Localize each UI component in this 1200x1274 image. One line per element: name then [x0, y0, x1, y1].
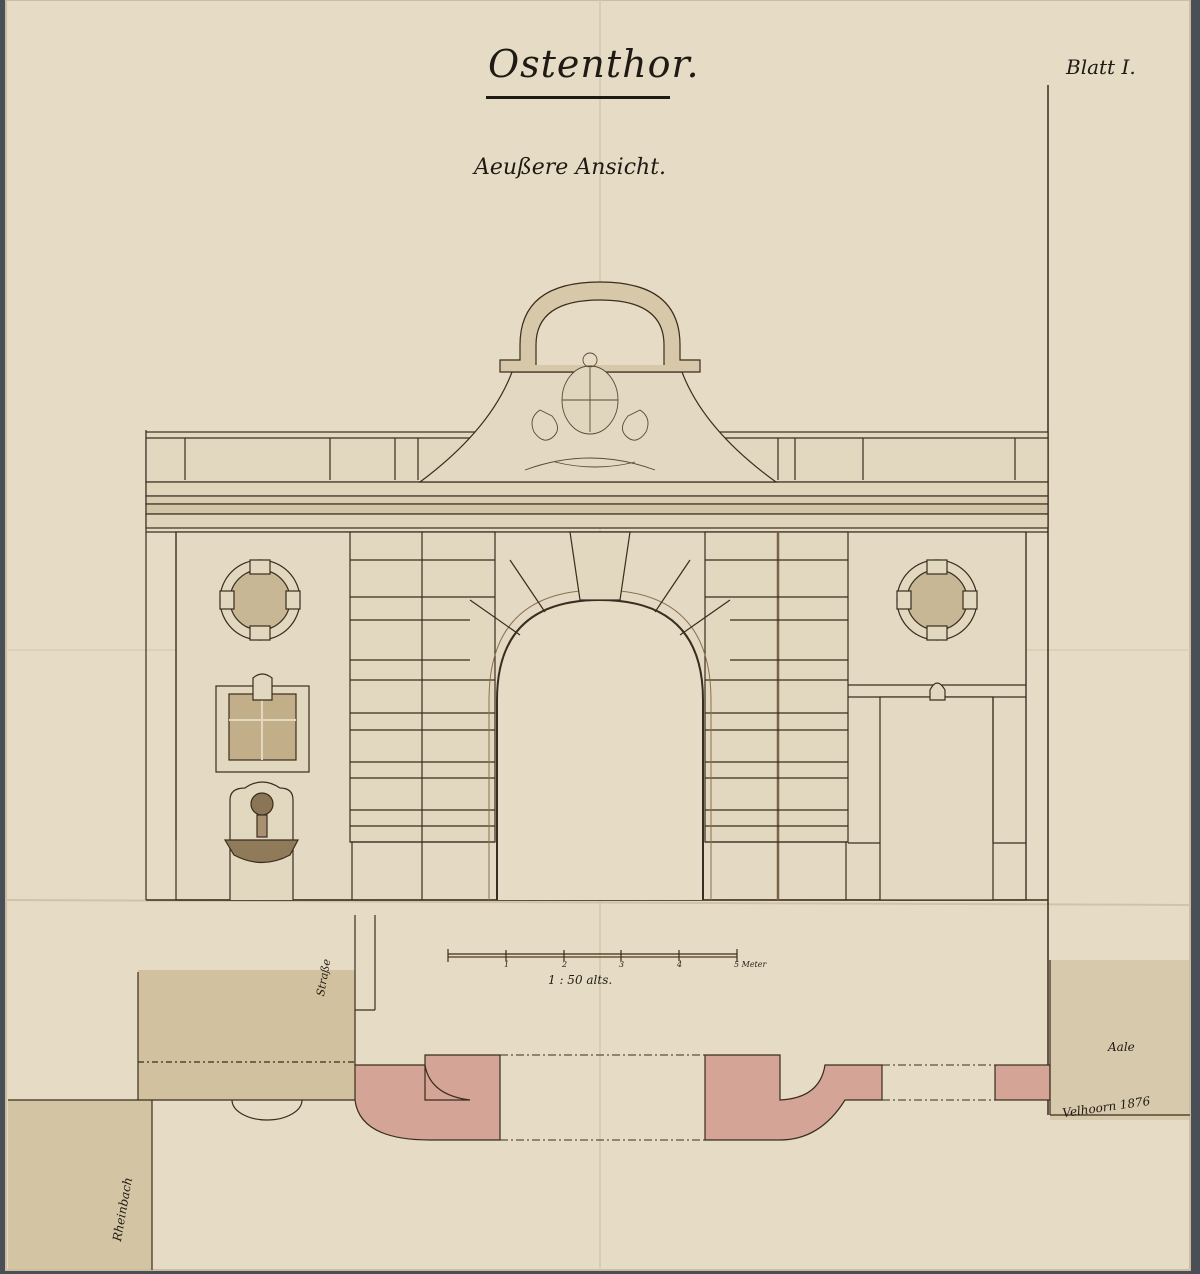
drawing-subtitle: Aeußere Ansicht. [474, 155, 666, 180]
drawing-sheet [0, 0, 1200, 1274]
left-window [216, 674, 309, 772]
left-pier-section [355, 1055, 500, 1140]
scale-tick-3: 3 [619, 960, 624, 969]
wall-fountain [225, 782, 298, 900]
drawing-title: Ostenthor. [488, 42, 700, 86]
scale-tick-1: 1 [504, 960, 509, 969]
right-oculus-window [897, 560, 977, 640]
left-oculus-window [220, 560, 300, 640]
plan-label-aale: Aale [1108, 1040, 1135, 1054]
elevation-drawing [0, 0, 1200, 1274]
right-wall-section [995, 1065, 1050, 1100]
sheet-number: Blatt I. [1066, 55, 1136, 79]
scale-caption: 1 : 50 alts. [548, 973, 612, 987]
scale-tick-2: 2 [562, 960, 567, 969]
scale-tick-4: 4 [677, 960, 682, 969]
scale-tick-5: 5 Meter [734, 960, 766, 969]
title-underline [486, 96, 670, 99]
